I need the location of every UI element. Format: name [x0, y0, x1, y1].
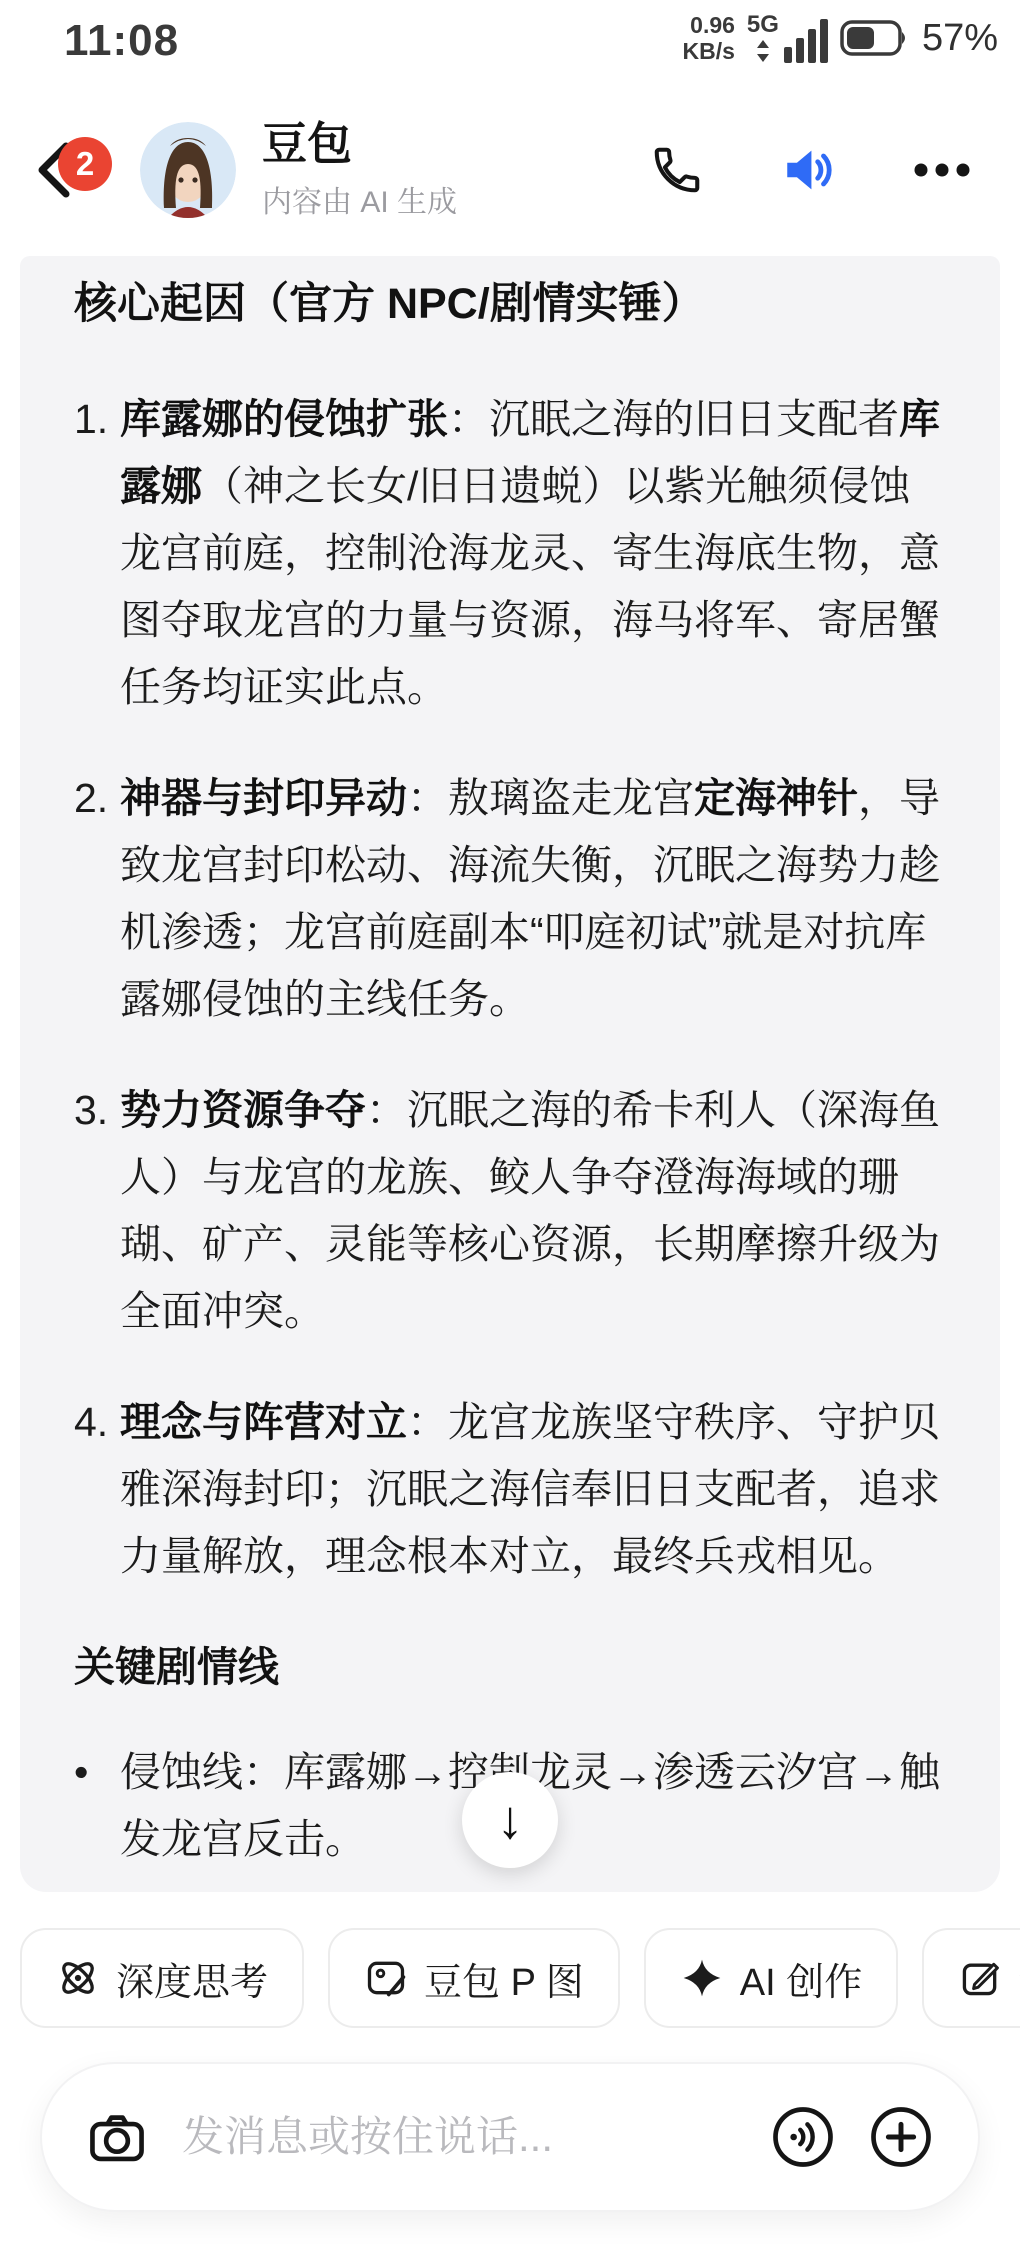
ai-message-bubble: 核心起因（官方 NPC/剧情实锤） 1. 库露娜的侵蚀扩张：沉眠之海的旧日支配者… [20, 256, 1000, 1892]
ordered-item-1: 1. 库露娜的侵蚀扩张：沉眠之海的旧日支配者库露娜（神之长女/旧日遗蜕）以紫光触… [74, 386, 946, 721]
chip-doubao-photo-edit[interactable]: 豆包 P 图 [328, 1928, 620, 2028]
network-type: 5G [747, 13, 779, 37]
camera-icon[interactable] [86, 2106, 148, 2168]
chat-header: 2 豆包 内容由 AI 生成 [0, 84, 1020, 256]
message-subheading: 关键剧情线 [74, 1634, 946, 1693]
network-speed: 0.96 KB/s [683, 12, 735, 64]
message-input[interactable] [180, 2112, 738, 2162]
message-input-bar[interactable] [40, 2062, 980, 2212]
ordered-item-4: 4. 理念与阵营对立：龙宫龙族坚守秩序、守护贝雅深海封印；沉眠之海信奉旧日支配者… [74, 1389, 946, 1590]
clock: 11:08 [64, 16, 179, 66]
ai-disclaimer: 内容由 AI 生成 [262, 177, 457, 221]
signal-strength-icon [784, 17, 828, 63]
signal-block: 5G [747, 13, 828, 63]
quick-action-chips: 深度思考 豆包 P 图 AI 创作 帮我写 [20, 1928, 1020, 2028]
image-edit-icon [364, 1956, 408, 2000]
ordered-item-2: 2. 神器与封印异动：敖璃盗走龙宫定海神针，导致龙宫封印松动、海流失衡，沉眠之海… [74, 765, 946, 1033]
battery-percent: 57% [922, 17, 998, 60]
plus-icon[interactable] [868, 2104, 934, 2170]
more-options-icon[interactable] [914, 163, 970, 177]
compose-icon [958, 1956, 1002, 2000]
chip-help-me-write[interactable]: 帮我写 [922, 1928, 1020, 2028]
chip-deep-think[interactable]: 深度思考 [20, 1928, 304, 2028]
voice-wave-icon[interactable] [770, 2104, 836, 2170]
updown-arrows-icon [755, 39, 771, 63]
atom-icon [56, 1956, 100, 2000]
status-bar: 11:08 0.96 KB/s 5G [0, 0, 1020, 84]
bot-name: 豆包 [262, 120, 457, 168]
header-title-block: 豆包 内容由 AI 生成 [262, 120, 457, 221]
back-button[interactable]: 2 [34, 141, 112, 199]
arrow-down-icon: ↓ [497, 1789, 524, 1851]
unread-badge: 2 [58, 137, 112, 191]
scroll-to-bottom-button[interactable]: ↓ [462, 1772, 558, 1868]
status-icons: 0.96 KB/s 5G [683, 12, 998, 64]
speaker-icon[interactable] [780, 141, 838, 199]
avatar[interactable] [140, 122, 236, 218]
message-heading: 核心起因（官方 NPC/剧情实锤） [74, 272, 946, 336]
phone-call-icon[interactable] [650, 143, 704, 197]
sparkle-icon [680, 1956, 724, 2000]
ordered-item-3: 3. 势力资源争夺：沉眠之海的希卡利人（深海鱼人）与龙宫的龙族、鲛人争夺澄海海域… [74, 1077, 946, 1345]
doubao-chat-screen: { "status_bar": { "time": "11:08", "net_… [0, 0, 1020, 2267]
battery-icon [840, 20, 910, 56]
chip-ai-create[interactable]: AI 创作 [644, 1928, 898, 2028]
